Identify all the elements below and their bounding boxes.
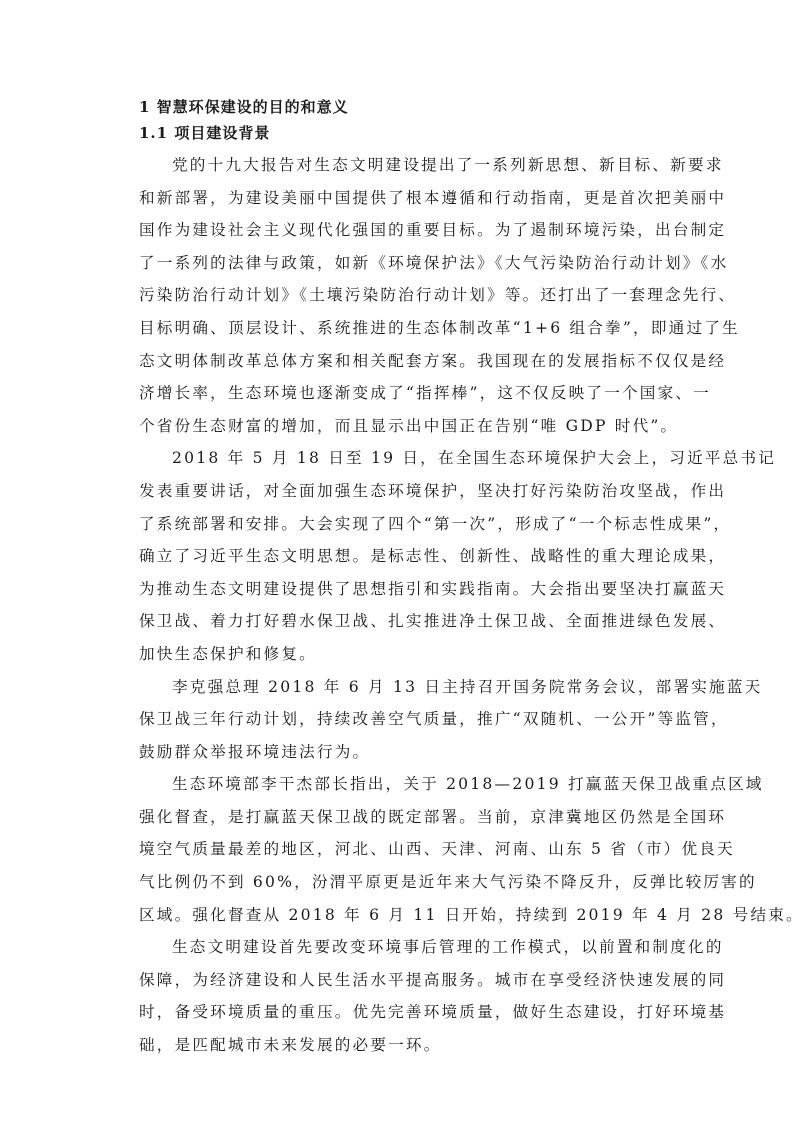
text-line: 污染防治行动计划》《土壤污染防治行动计划》等。还打出了一套理念先行、 <box>139 279 659 312</box>
section-heading: 1 智慧环保建设的目的和意义 <box>139 94 659 120</box>
paragraph: 生态环境部李干杰部长指出，关于 2018—2019 打赢蓝天保卫战重点区域强化督… <box>139 768 659 931</box>
text-line: 保卫战、着力打好碧水保卫战、扎实推进净土保卫战、全面推进绿色发展、 <box>139 605 659 638</box>
paragraph: 生态文明建设首先要改变环境事后管理的工作模式，以前置和制度化的保障，为经济建设和… <box>139 931 659 1061</box>
text-line: 态文明体制改革总体方案和相关配套方案。我国现在的发展指标不仅仅是经 <box>139 345 659 378</box>
text-line: 党的十九大报告对生态文明建设提出了一系列新思想、新目标、新要求 <box>139 149 659 182</box>
text-line: 发表重要讲话，对全面加强生态环境保护，坚决打好污染防治攻坚战，作出 <box>139 475 659 508</box>
text-line: 强化督查，是打赢蓝天保卫战的既定部署。当前，京津冀地区仍然是全国环 <box>139 801 659 834</box>
text-line: 国作为建设社会主义现代化强国的重要目标。为了遏制环境污染，出台制定 <box>139 214 659 247</box>
text-line: 保卫战三年行动计划，持续改善空气质量，推广“双随机、一公开”等监管， <box>139 703 659 736</box>
text-line: 2018 年 5 月 18 日至 19 日，在全国生态环境保护大会上，习近平总书… <box>139 442 659 475</box>
subsection-heading: 1.1 项目建设背景 <box>139 120 659 146</box>
text-line: 时，备受环境质量的重压。优先完善环境质量，做好生态建设，打好环境基 <box>139 996 659 1029</box>
paragraph: 党的十九大报告对生态文明建设提出了一系列新思想、新目标、新要求和新部署，为建设美… <box>139 149 659 442</box>
document-page: 1 智慧环保建设的目的和意义 1.1 项目建设背景 党的十九大报告对生态文明建设… <box>139 94 659 1062</box>
text-line: 为推动生态文明建设提供了思想指引和实践指南。大会指出要坚决打赢蓝天 <box>139 573 659 606</box>
text-line: 了系统部署和安排。大会实现了四个“第一次”，形成了“一个标志性成果”， <box>139 508 659 541</box>
text-line: 济增长率，生态环境也逐渐变成了“指挥棒”，这不仅反映了一个国家、一 <box>139 377 659 410</box>
text-line: 了一系列的法律与政策，如新《环境保护法》《大气污染防治行动计划》《水 <box>139 247 659 280</box>
text-line: 李克强总理 2018 年 6 月 13 日主持召开国务院常务会议，部署实施蓝天 <box>139 671 659 704</box>
body-text: 党的十九大报告对生态文明建设提出了一系列新思想、新目标、新要求和新部署，为建设美… <box>139 149 659 1062</box>
text-line: 境空气质量最差的地区，河北、山西、天津、河南、山东 5 省（市）优良天 <box>139 833 659 866</box>
text-line: 础，是匹配城市未来发展的必要一环。 <box>139 1029 659 1062</box>
text-line: 区域。强化督查从 2018 年 6 月 11 日开始，持续到 2019 年 4 … <box>139 899 659 932</box>
text-line: 目标明确、顶层设计、系统推进的生态体制改革“1+6 组合拳”，即通过了生 <box>139 312 659 345</box>
text-line: 和新部署，为建设美丽中国提供了根本遵循和行动指南，更是首次把美丽中 <box>139 182 659 215</box>
text-line: 生态文明建设首先要改变环境事后管理的工作模式，以前置和制度化的 <box>139 931 659 964</box>
text-line: 加快生态保护和修复。 <box>139 638 659 671</box>
text-line: 鼓励群众举报环境违法行为。 <box>139 736 659 769</box>
paragraph: 2018 年 5 月 18 日至 19 日，在全国生态环境保护大会上，习近平总书… <box>139 442 659 670</box>
text-line: 确立了习近平生态文明思想。是标志性、创新性、战略性的重大理论成果， <box>139 540 659 573</box>
text-line: 气比例仍不到 60%，汾渭平原更是近年来大气污染不降反升，反弹比较厉害的 <box>139 866 659 899</box>
text-line: 个省份生态财富的增加，而且显示出中国正在告别“唯 GDP 时代”。 <box>139 410 659 443</box>
text-line: 生态环境部李干杰部长指出，关于 2018—2019 打赢蓝天保卫战重点区域 <box>139 768 659 801</box>
text-line: 保障，为经济建设和人民生活水平提高服务。城市在享受经济快速发展的同 <box>139 964 659 997</box>
paragraph: 李克强总理 2018 年 6 月 13 日主持召开国务院常务会议，部署实施蓝天保… <box>139 671 659 769</box>
